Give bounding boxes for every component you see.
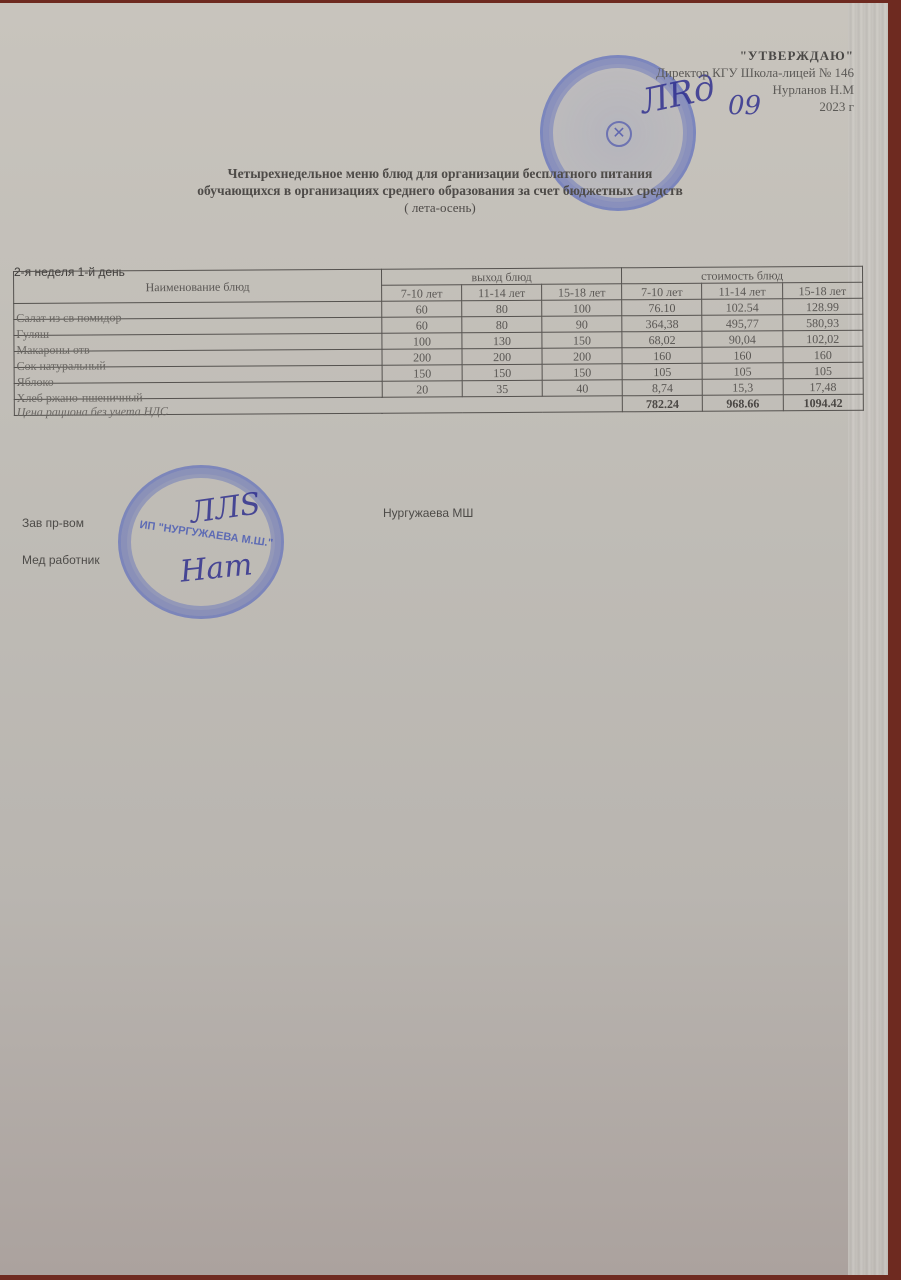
document-title: Четырехнедельное меню блюд для организац… bbox=[110, 165, 770, 216]
output-value: 200 bbox=[382, 349, 462, 365]
cost-header: стоимость блюд bbox=[622, 266, 863, 283]
output-value: 90 bbox=[542, 316, 622, 332]
output-value: 60 bbox=[382, 317, 462, 333]
output-value: 200 bbox=[462, 348, 542, 364]
title-season: ( лета-осень) bbox=[110, 199, 770, 216]
cost-value: 495,77 bbox=[702, 315, 782, 331]
production-head-name: Нургужаева МШ bbox=[383, 506, 473, 520]
menu-table: Наименование блюд выход блюд стоимость б… bbox=[13, 266, 864, 416]
cost-value: 160 bbox=[702, 347, 782, 363]
output-value: 35 bbox=[462, 380, 542, 396]
output-value: 150 bbox=[382, 365, 462, 381]
output-value: 200 bbox=[542, 348, 622, 364]
cost-value: 128.99 bbox=[782, 298, 862, 314]
output-value: 40 bbox=[542, 380, 622, 396]
output-value: 150 bbox=[542, 364, 622, 380]
medic-label: Мед работник bbox=[22, 553, 100, 567]
total-value: 968.66 bbox=[703, 395, 783, 411]
output-age-header: 11-14 лет bbox=[462, 284, 542, 300]
output-value: 60 bbox=[382, 301, 462, 317]
output-value: 80 bbox=[462, 300, 542, 316]
output-value: 130 bbox=[462, 332, 542, 348]
cost-value: 17,48 bbox=[783, 378, 863, 394]
dish-name-header: Наименование блюд bbox=[14, 269, 382, 303]
paper-stack-edge bbox=[848, 3, 888, 1275]
title-line-1: Четырехнедельное меню блюд для организац… bbox=[110, 165, 770, 182]
output-value: 100 bbox=[382, 333, 462, 349]
cost-value: 160 bbox=[622, 347, 702, 363]
output-value: 150 bbox=[542, 332, 622, 348]
cost-value: 8,74 bbox=[622, 379, 702, 395]
title-line-2: обучающихся в организациях среднего обра… bbox=[110, 182, 770, 199]
output-value: 150 bbox=[462, 364, 542, 380]
approval-position: Директор КГУ Школа-лицей № 146 bbox=[656, 64, 854, 81]
cost-value: 580,93 bbox=[782, 314, 862, 330]
cost-value: 105 bbox=[702, 363, 782, 379]
dish-name: Хлеб ржано-пшеничный bbox=[14, 381, 382, 399]
output-value: 80 bbox=[462, 316, 542, 332]
document-page: ✕ ЛRд 09 "УТВЕРЖДАЮ" Директор КГУ Школа-… bbox=[0, 3, 888, 1275]
output-age-header: 15-18 лет bbox=[542, 284, 622, 300]
total-value: 1094.42 bbox=[783, 394, 863, 410]
cost-value: 68,02 bbox=[622, 331, 702, 347]
cost-age-header: 7-10 лет bbox=[622, 283, 702, 299]
cost-value: 105 bbox=[783, 362, 863, 378]
output-value: 20 bbox=[382, 381, 462, 397]
approval-year: 2023 г bbox=[656, 98, 854, 115]
cost-age-header: 11-14 лет bbox=[702, 283, 782, 299]
production-head-label: Зав пр-вом bbox=[22, 516, 84, 530]
cost-value: 105 bbox=[622, 363, 702, 379]
cost-value: 76.10 bbox=[622, 299, 702, 315]
cost-value: 90,04 bbox=[702, 331, 782, 347]
approval-block: "УТВЕРЖДАЮ" Директор КГУ Школа-лицей № 1… bbox=[656, 47, 854, 115]
emblem-icon: ✕ bbox=[606, 121, 632, 147]
cost-value: 160 bbox=[783, 346, 863, 362]
approval-heading: "УТВЕРЖДАЮ" bbox=[656, 47, 854, 64]
output-header: выход блюд bbox=[382, 268, 622, 285]
cost-value: 364,38 bbox=[622, 315, 702, 331]
output-age-header: 7-10 лет bbox=[382, 285, 462, 301]
approval-name: Нурланов Н.М bbox=[656, 81, 854, 98]
cost-age-header: 15-18 лет bbox=[782, 282, 862, 298]
cost-value: 102.54 bbox=[702, 299, 782, 315]
output-value: 100 bbox=[542, 300, 622, 316]
company-stamp: ИП "НУРГУЖАЕВА М.Ш." bbox=[118, 465, 284, 619]
total-value: 782.24 bbox=[622, 395, 702, 411]
cost-value: 102,02 bbox=[782, 330, 862, 346]
cost-value: 15,3 bbox=[703, 379, 783, 395]
